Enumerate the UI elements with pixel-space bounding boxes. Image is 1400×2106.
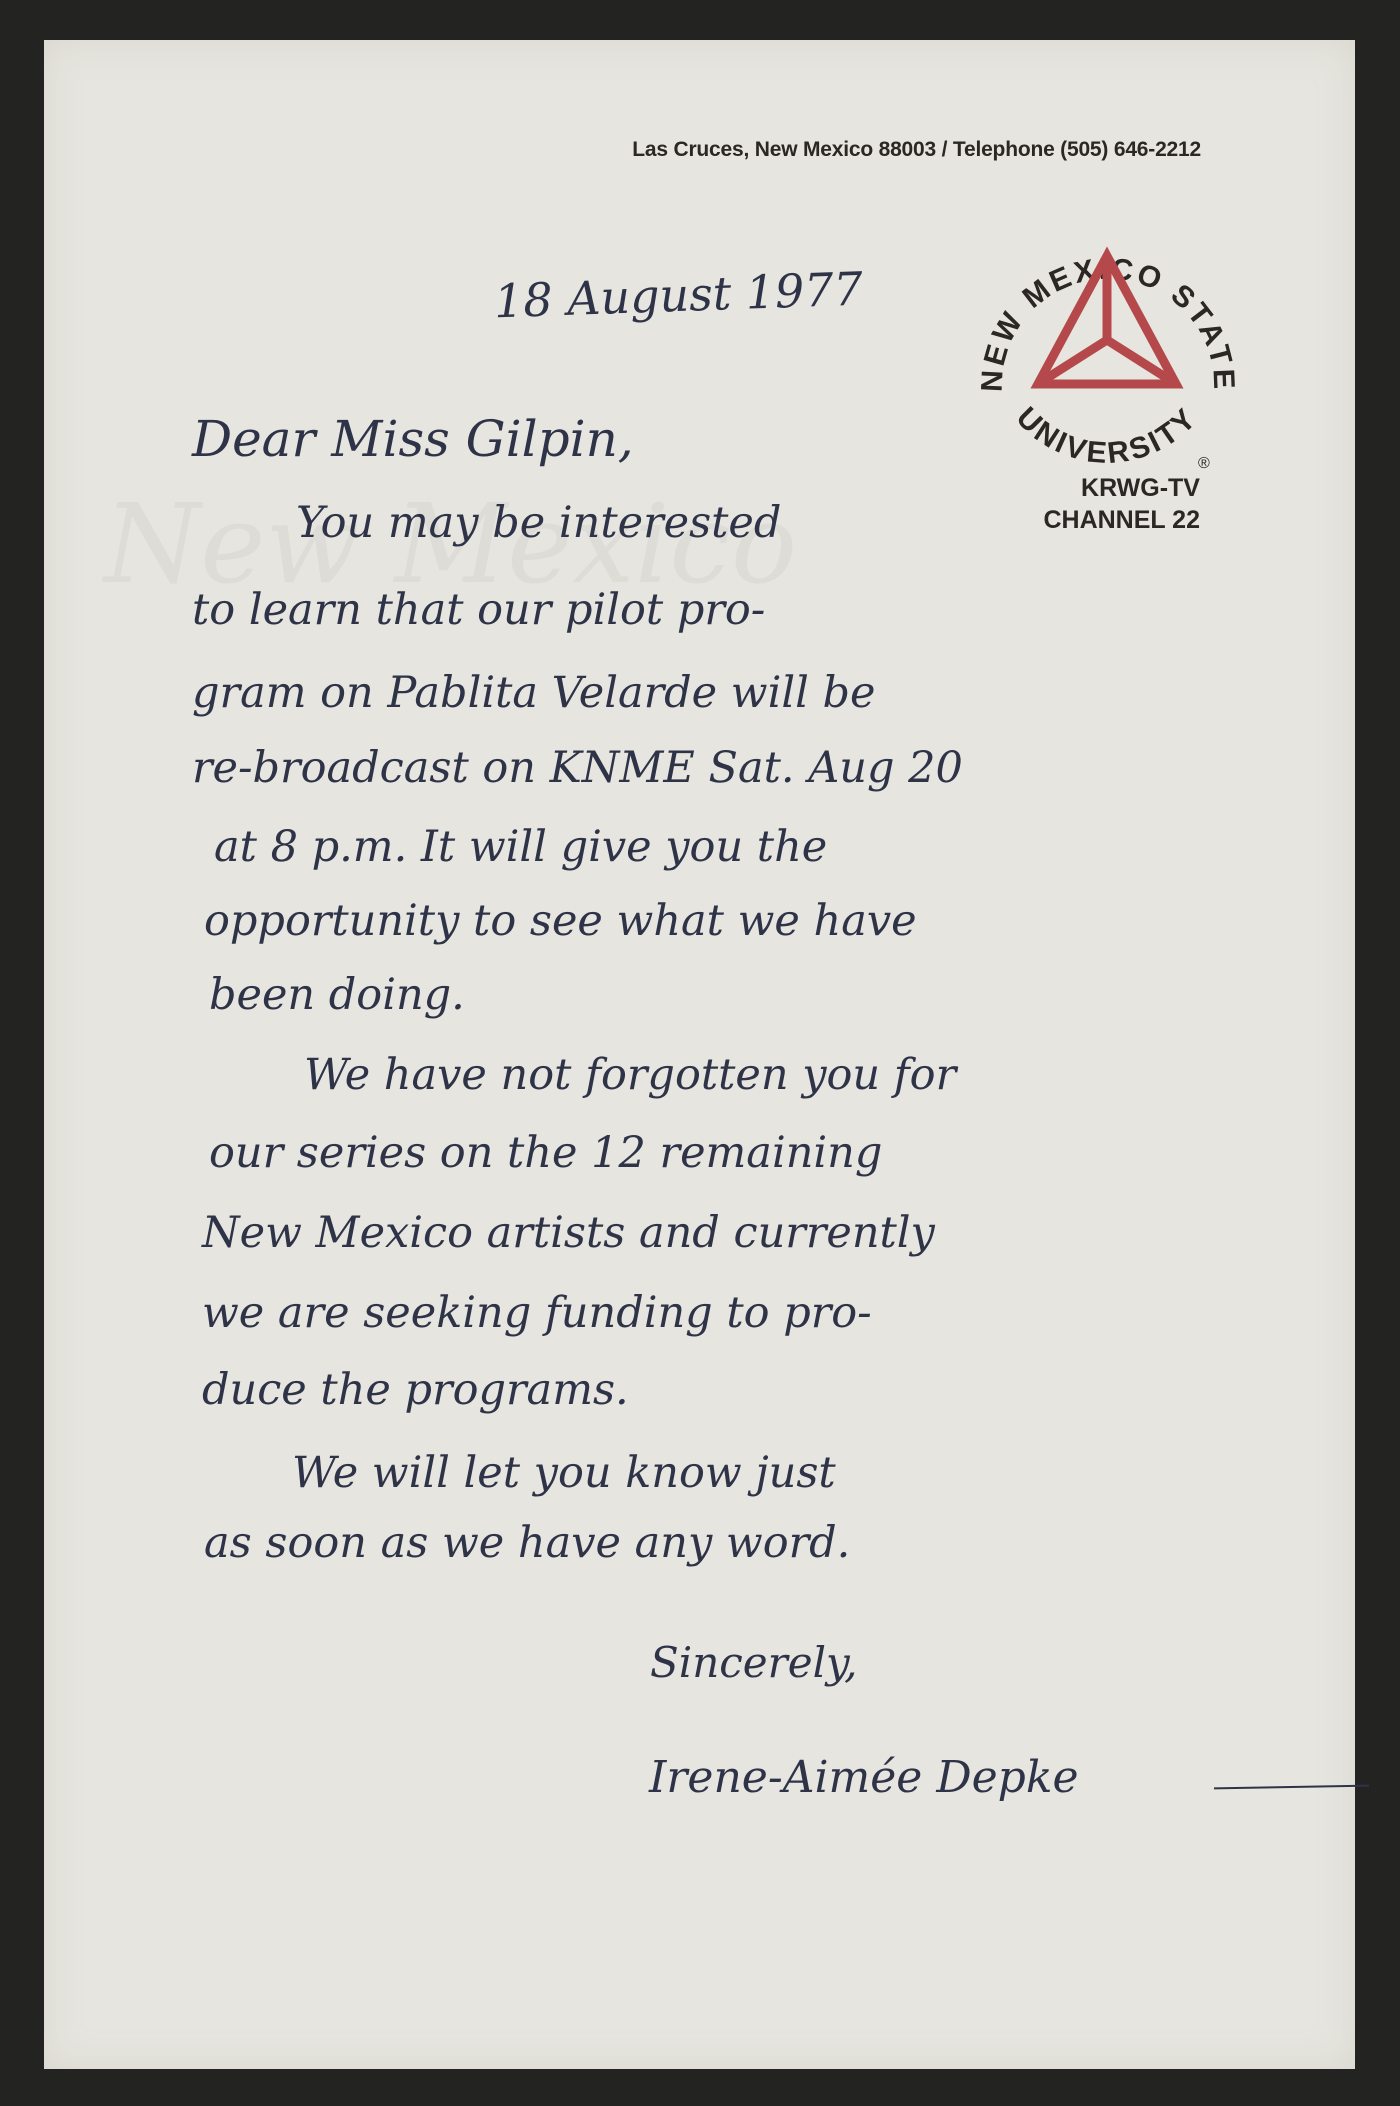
nmsu-logo-icon: NEW MEXICO STATE UNIVERSITY ® (952, 200, 1262, 510)
station-block: KRWG-TV CHANNEL 22 (1043, 472, 1200, 536)
body-line: New Mexico artists and currently (202, 1208, 935, 1258)
body-line: re-broadcast on KNME Sat. Aug 20 (192, 743, 963, 793)
registered-mark: ® (1198, 455, 1210, 472)
signature-flourish (1214, 1785, 1369, 1790)
letter-page: New Mexico Las Cruces, New Mexico 88003 … (44, 40, 1355, 2069)
letter-salutation: Dear Miss Gilpin, (192, 410, 634, 468)
body-line: You may be interested (296, 498, 781, 548)
letter-signature: Irene-Aimée Depke (649, 1752, 1079, 1803)
body-line: been doing. (209, 970, 465, 1020)
svg-text:UNIVERSITY: UNIVERSITY (1010, 401, 1204, 470)
body-line: gram on Pablita Velarde will be (192, 668, 876, 718)
letterhead-address: Las Cruces, New Mexico 88003 / Telephone… (632, 138, 1201, 162)
body-line: We have not forgotten you for (304, 1050, 956, 1100)
body-line: opportunity to see what we have (204, 896, 917, 946)
station-channel: CHANNEL 22 (1043, 504, 1200, 536)
body-line: as soon as we have any word. (204, 1518, 850, 1568)
letter-closing: Sincerely, (650, 1638, 858, 1687)
logo-ring-text-bottom: UNIVERSITY (1010, 401, 1204, 470)
station-name: KRWG-TV (1043, 472, 1200, 504)
body-line: We will let you know just (292, 1448, 836, 1498)
body-line: duce the programs. (202, 1365, 629, 1415)
body-line: to learn that our pilot pro- (192, 585, 765, 635)
body-line: we are seeking funding to pro- (202, 1288, 872, 1338)
letter-date: 18 August 1977 (493, 262, 864, 329)
body-line: our series on the 12 remaining (209, 1128, 882, 1178)
body-line: at 8 p.m. It will give you the (214, 822, 827, 872)
